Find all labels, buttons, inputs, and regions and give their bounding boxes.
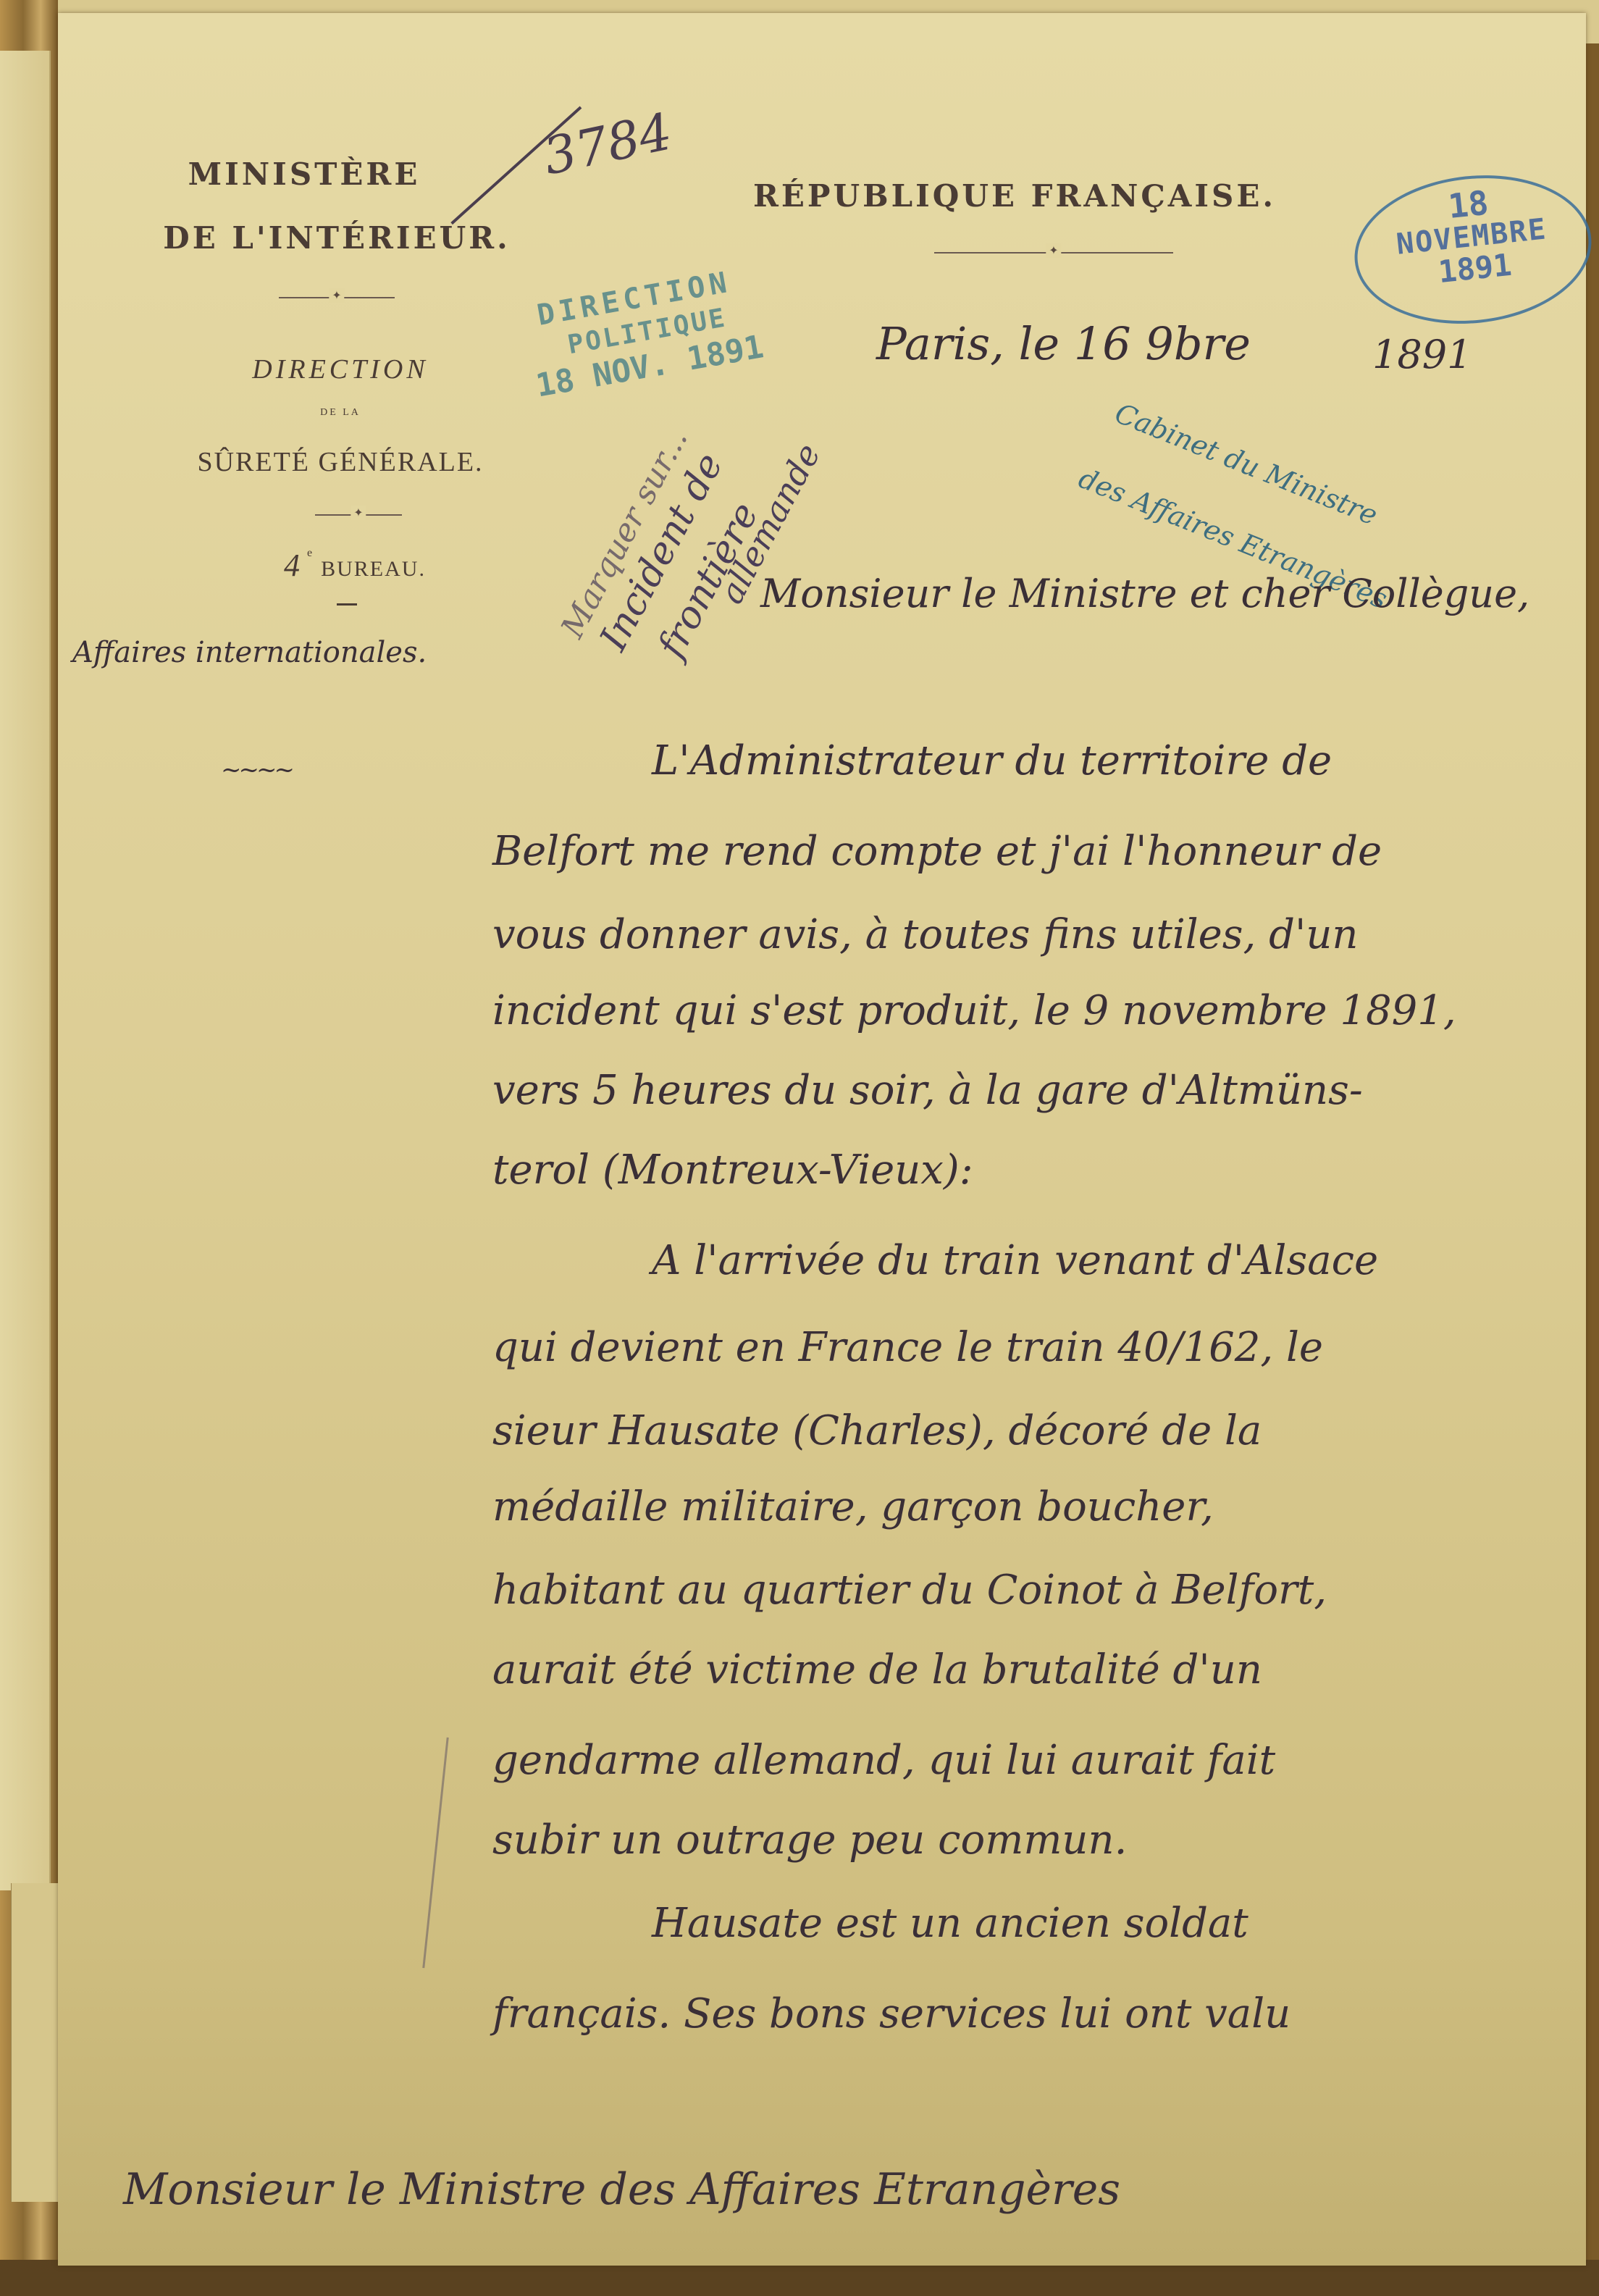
body-line: Belfort me rend compte et j'ai l'honneur…: [492, 828, 1382, 875]
body-line: terol (Montreux-Vieux):: [492, 1147, 973, 1194]
dateline: Paris, le 16 9bre: [876, 317, 1251, 370]
body-line: Hausate est un ancien soldat: [652, 1900, 1248, 1947]
letterhead-surete: SÛRETÉ GÉNÉRALE.: [174, 446, 507, 478]
body-line: habitant au quartier du Coinot à Belfort…: [492, 1567, 1327, 1614]
letterhead-ministry: MINISTÈRE: [174, 156, 435, 192]
body-line: vers 5 heures du soir, à la gare d'Altmü…: [492, 1067, 1363, 1114]
ornament-rule: [934, 252, 1173, 254]
stamp-direction-politique: DIRECTION POLITIQUE 18 NOV. 1891: [514, 261, 766, 406]
body-line: aurait été victime de la brutalité d'un: [492, 1646, 1262, 1693]
salutation: Monsieur le Ministre et cher Collègue,: [760, 571, 1529, 616]
letterhead-bureau: 4eBUREAU.: [224, 547, 485, 584]
body-line: L'Administrateur du territoire de: [652, 737, 1332, 784]
letterhead-direction: DIRECTION: [196, 353, 485, 385]
body-line: qui devient en France le train 40/162, l…: [492, 1324, 1323, 1371]
body-line: vous donner avis, à toutes fins utiles, …: [492, 911, 1359, 958]
dateline-year: 1891: [1372, 332, 1472, 377]
addressee: Monsieur le Ministre des Affaires Etrang…: [123, 2164, 1120, 2215]
divider-dash: [337, 603, 357, 606]
body-line: sieur Hausate (Charles), décoré de la: [492, 1407, 1262, 1454]
ornament-rule: [315, 514, 402, 516]
letterhead-interior: DE L'INTÉRIEUR.: [156, 220, 518, 256]
bureau-label: BUREAU.: [321, 557, 426, 581]
body-line: incident qui s'est produit, le 9 novembr…: [492, 987, 1456, 1034]
body-line: médaille militaire, garçon boucher,: [492, 1483, 1214, 1530]
pencil-bracket: [422, 1738, 448, 1969]
wooden-edge-right: [1586, 43, 1599, 2296]
body-line: A l'arrivée du train venant d'Alsace: [652, 1237, 1378, 1284]
reference-number: 3784: [538, 101, 676, 186]
body-line: subir un outrage peu commun.: [492, 1817, 1127, 1864]
squiggle-flourish: ~~~~: [221, 755, 292, 784]
ornament-rule: [279, 297, 395, 298]
letter-sheet: MINISTÈRE DE L'INTÉRIEUR. DIRECTION DE L…: [58, 13, 1586, 2266]
body-line: gendarme allemand, qui lui aurait fait: [492, 1737, 1275, 1784]
bureau-ordinal: e: [307, 547, 314, 559]
underlying-sheet: [0, 51, 51, 1890]
bureau-number: 4: [284, 548, 301, 583]
letterhead-de-la: DE LA: [275, 407, 406, 419]
body-line: français. Ses bons services lui ont valu: [492, 1990, 1290, 2037]
subject-note: Affaires internationales.: [72, 636, 427, 669]
letterhead-republique: RÉPUBLIQUE FRANÇAISE.: [753, 178, 1405, 214]
